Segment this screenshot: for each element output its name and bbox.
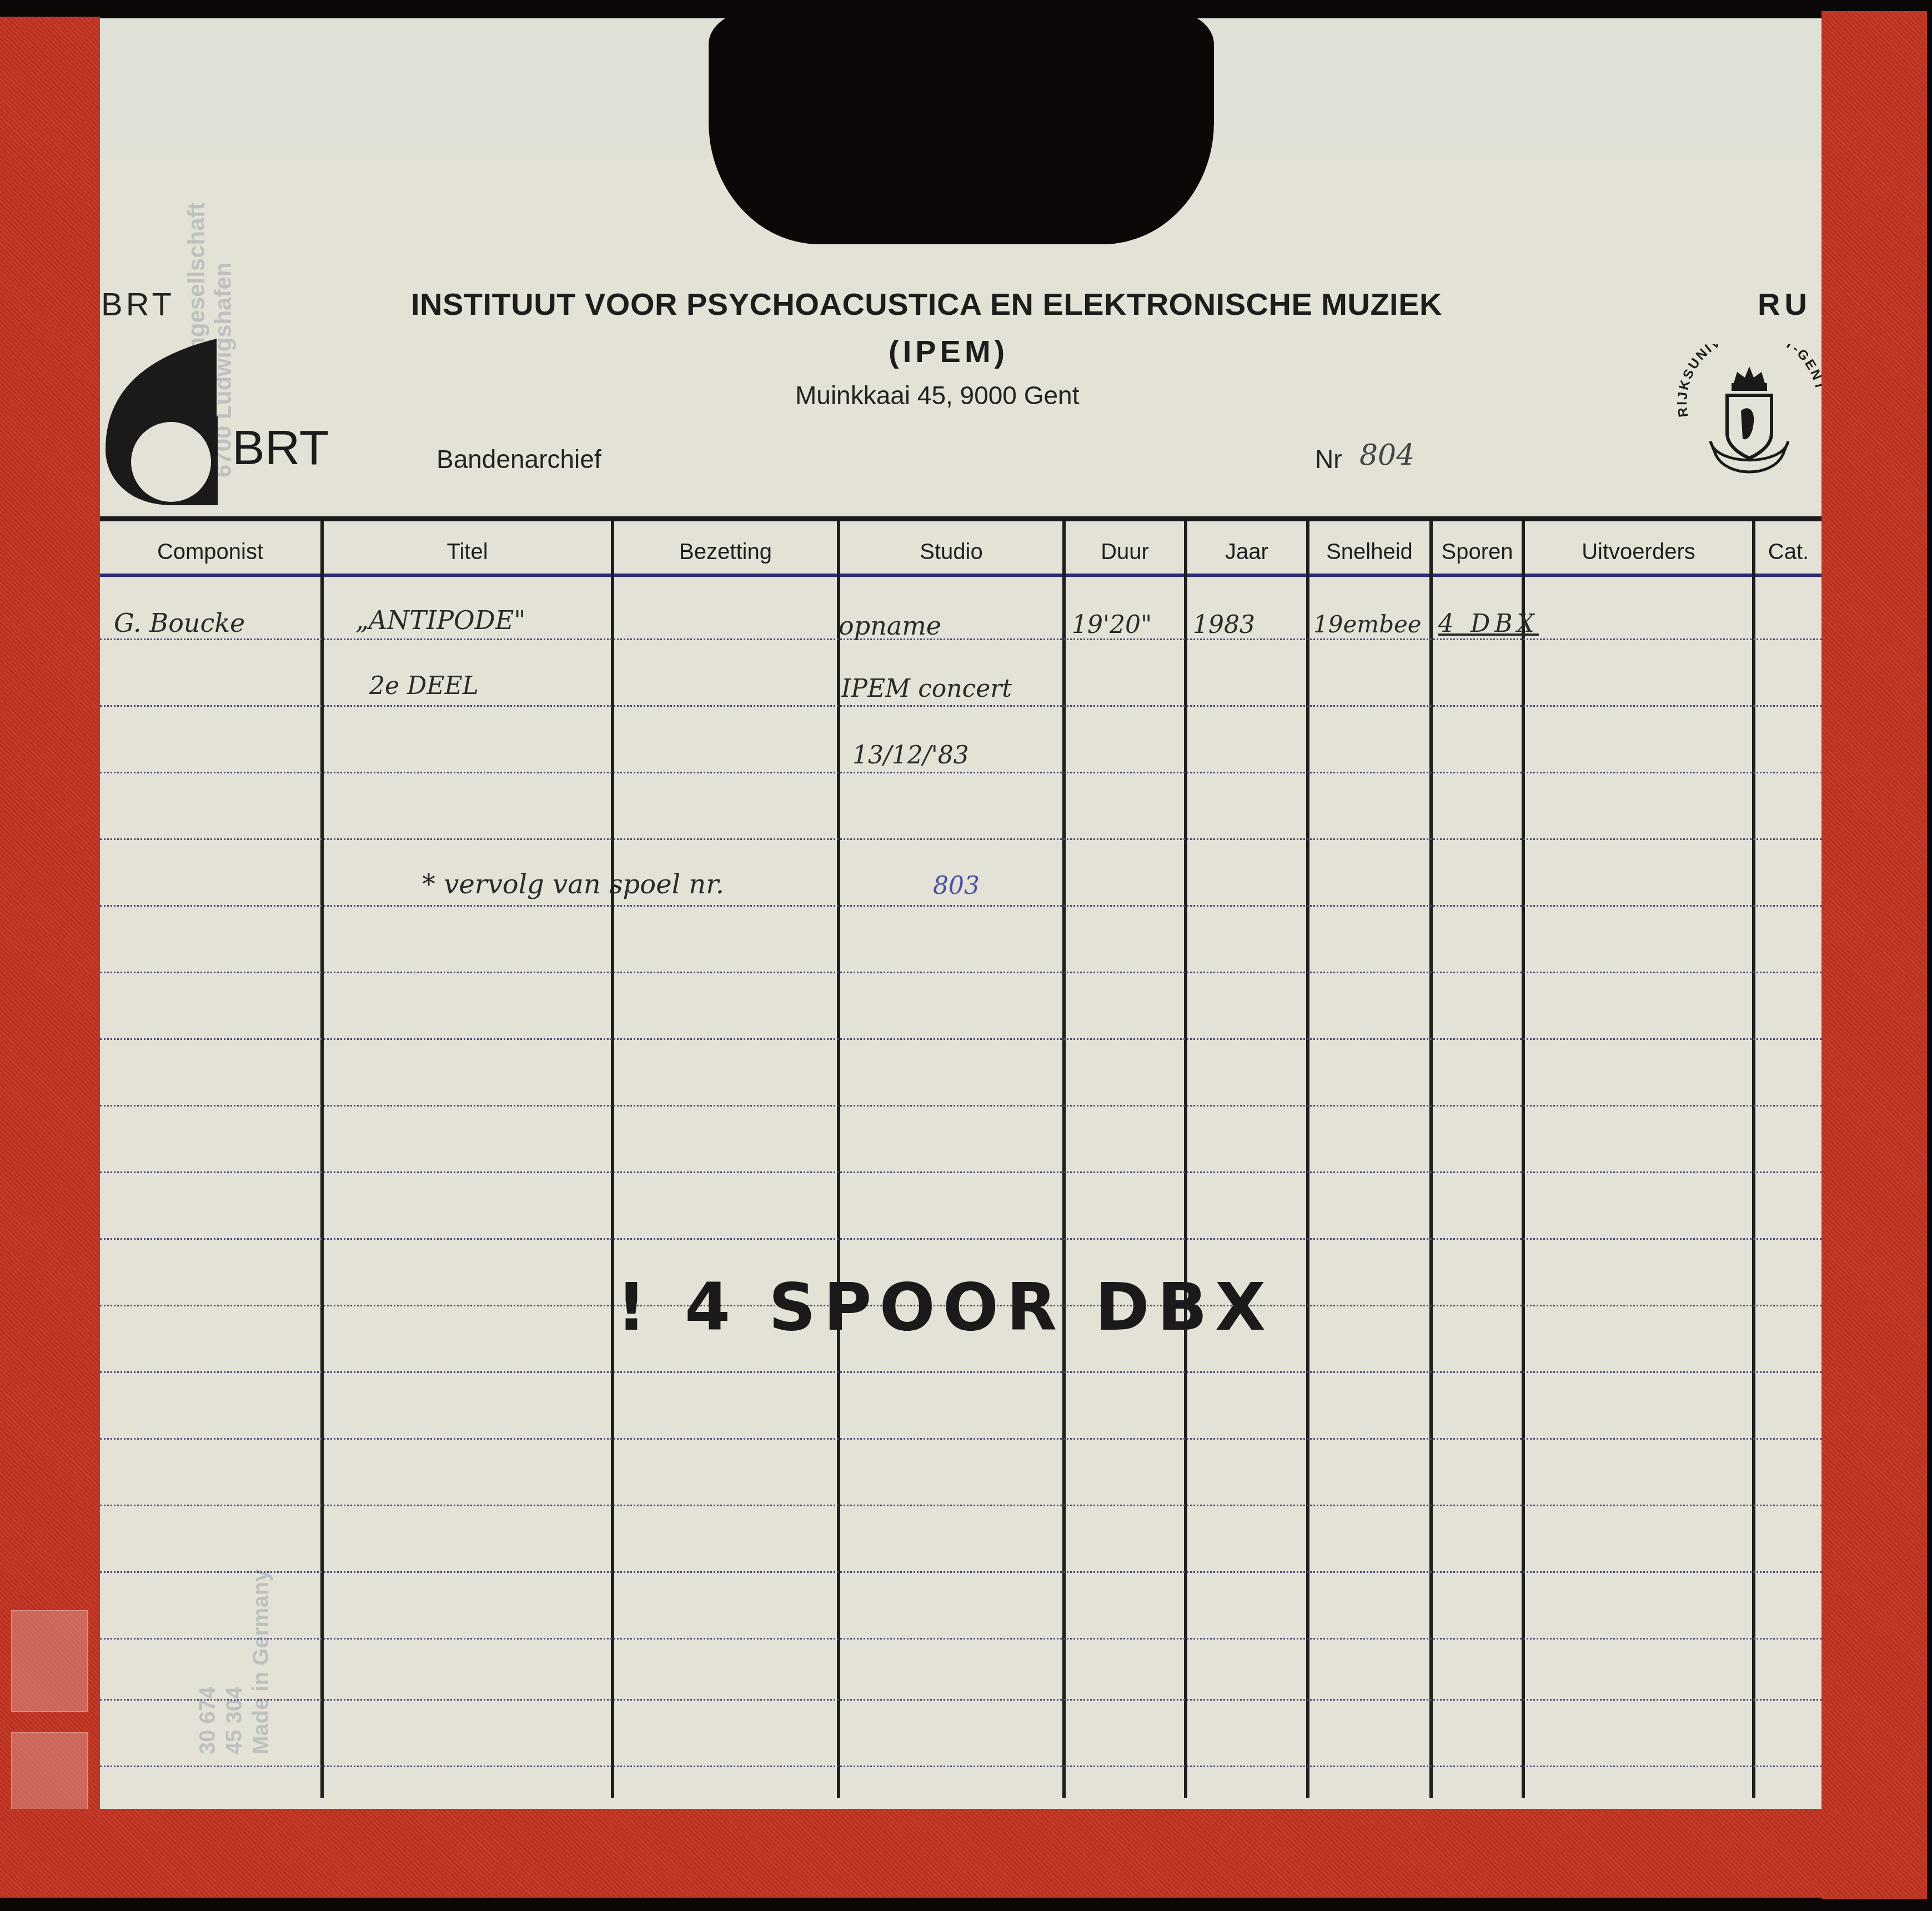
entry-studio-line1: opname [839,611,941,641]
ruled-line [100,638,1821,640]
number-value: 804 [1359,439,1414,472]
corner-label-left: BRT [101,286,175,323]
column-header-cat: Cat. [1755,540,1821,565]
ruled-line [100,905,1821,907]
column-header-studio: Studio [840,540,1062,565]
ruled-line [100,1105,1821,1107]
entry-jaar: 1983 [1193,611,1255,639]
entry-sporen: 4 DBX [1438,610,1539,638]
entry-componist: G. Boucke [114,608,245,638]
table-header-rule [100,574,1821,577]
ruled-line [100,1571,1821,1573]
ruled-line [100,1766,1821,1767]
archive-label: Bandenarchief [436,444,601,474]
column-header-bezetting: Bezetting [614,540,837,565]
university-seal-icon: RIJKSUNIVERSITEIT-GENT [1672,344,1821,489]
column-header-titel: Titel [324,540,611,565]
ruled-line [100,972,1821,973]
ruled-line [100,1371,1821,1373]
column-header-duur: Duur [1066,540,1184,565]
column-divider [320,521,324,1798]
ruled-line [100,1438,1821,1440]
ruled-line [100,1238,1821,1240]
entry-duur: 19'20" [1072,611,1152,639]
continuation-number: 803 [933,872,980,900]
institute-abbreviation: (IPEM) [889,333,1008,369]
table-top-rule [100,516,1821,521]
continuation-note: * vervolg van spoel nr. [422,869,724,900]
column-divider [1429,521,1433,1798]
ruled-line [100,772,1821,773]
column-header-componist: Componist [100,540,320,565]
corner-label-right: RU [1758,286,1811,322]
ruled-line [100,1038,1821,1040]
thumb-notch [709,11,1214,244]
column-divider [1306,521,1309,1798]
bottom-binding-strip [0,1809,1927,1898]
entry-snelheid: 19embee [1313,611,1422,638]
right-binding-strip [1821,11,1927,1899]
ruled-line [100,705,1821,707]
column-divider [837,521,840,1798]
column-header-jaar: Jaar [1187,540,1306,565]
institute-address: Muinkkaai 45, 9000 Gent [795,380,1079,410]
tape-piece [11,1610,88,1712]
column-header-uitvoerders: Uitvoerders [1525,540,1752,565]
entry-studio-line2: IPEM concert [841,675,1012,703]
column-divider [611,521,614,1798]
ruled-line [100,1699,1821,1701]
column-header-snelheid: Snelheid [1309,540,1429,565]
brt-logo-text: BRT [232,419,329,476]
column-divider [1062,521,1066,1798]
number-label: Nr [1315,444,1342,474]
ruled-line [100,1638,1821,1640]
entry-studio-line3: 13/12/'83 [852,741,969,770]
column-divider [1752,521,1755,1798]
entry-titel-line2: 2e DEEL [369,672,479,700]
column-header-sporen: Sporen [1433,540,1522,565]
ruled-line [100,838,1821,840]
column-divider [1184,521,1187,1798]
brt-logo-icon [106,339,222,505]
institute-title: INSTITUUT VOOR PSYCHOACUSTICA EN ELEKTRO… [411,286,1442,322]
entry-titel-line1: „ANTIPODE" [355,605,525,635]
ruled-line [100,1505,1821,1506]
warning-note: ! 4 SPOOR DBX [616,1269,1273,1345]
ruled-line [100,1171,1821,1173]
column-divider [1522,521,1525,1798]
